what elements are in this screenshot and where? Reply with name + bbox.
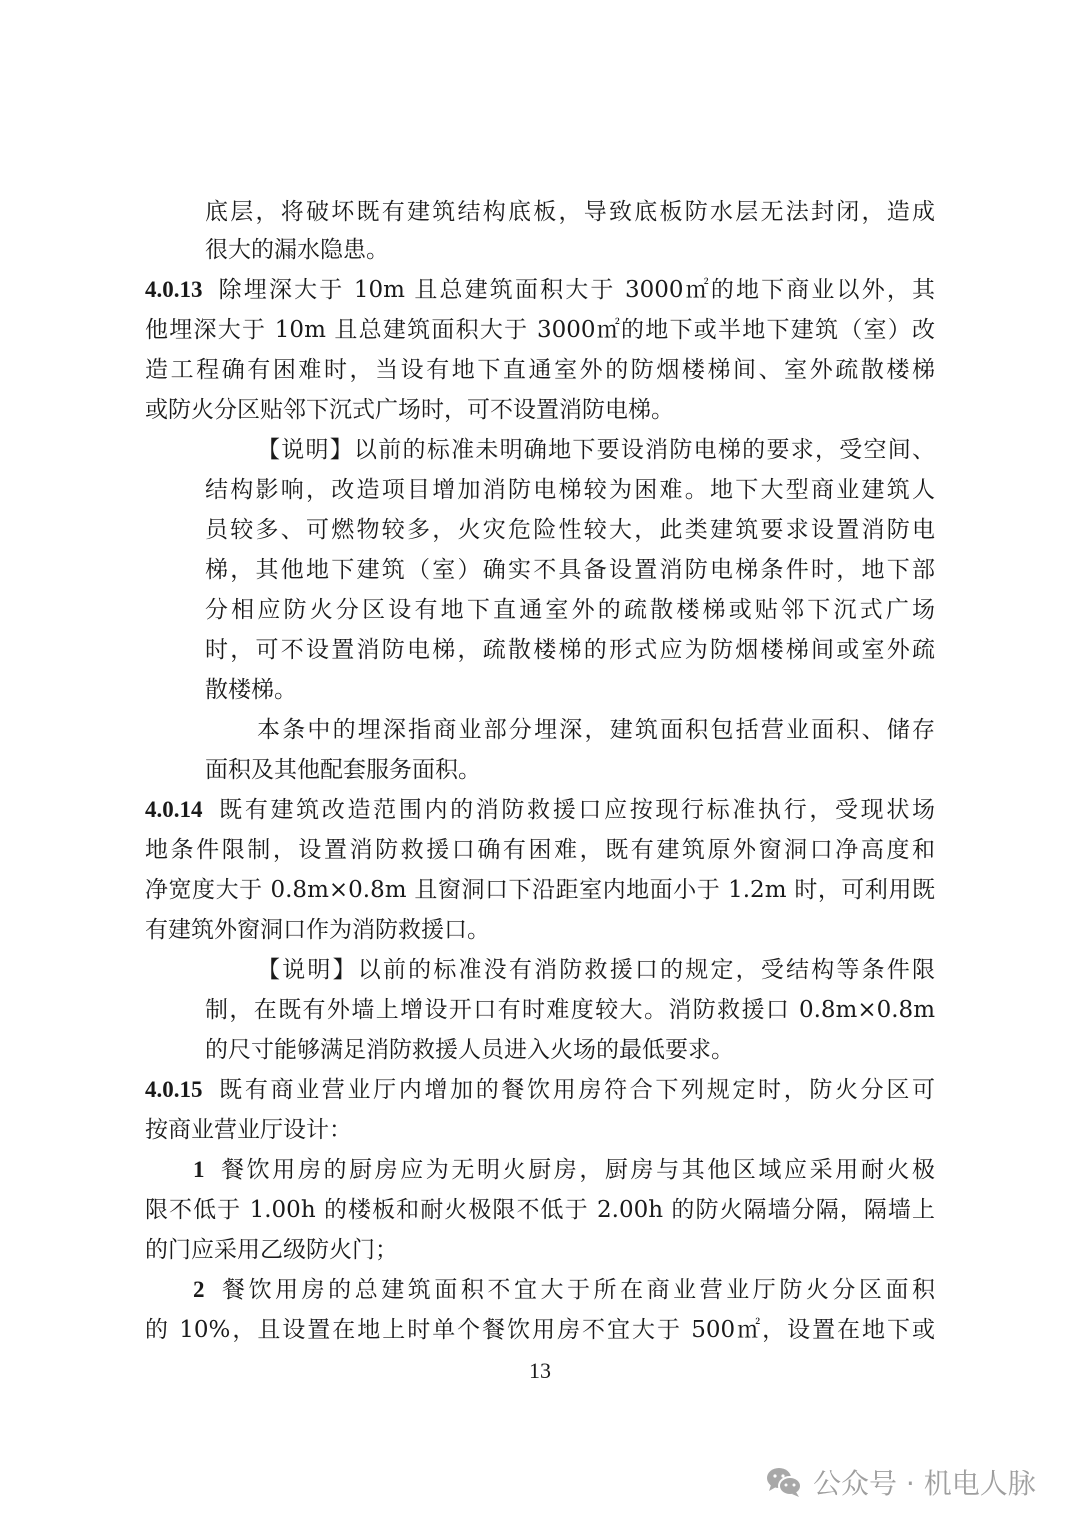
text-line: 造工程确有困难时，当设有地下直通室外的防烟楼梯间、室外疏散楼梯: [145, 350, 935, 390]
clause-number: 4.0.15: [145, 1077, 203, 1102]
item-text: 餐饮用房的总建筑面积不宜大于所在商业营业厅防火分区面积: [219, 1277, 936, 1303]
text-line: 很大的漏水隐患。: [205, 230, 935, 270]
text-line: 净宽度大于 0.8m×0.8m 且窗洞口下沿距室内地面小于 1.2m 时，可利用…: [145, 870, 935, 910]
item-2: 2餐饮用房的总建筑面积不宜大于所在商业营业厅防火分区面积: [193, 1270, 935, 1310]
item-number: 1: [193, 1157, 205, 1182]
watermark: 公众号 · 机电人脉: [765, 1462, 1036, 1502]
note-line: 时，可不设置消防电梯，疏散楼梯的形式应为防烟楼梯间或室外疏: [205, 630, 935, 670]
clause-text: 除埋深大于 10m 且总建筑面积大于 3000㎡的地下商业以外，其: [217, 277, 936, 303]
note-line: 【说明】以前的标准未明确地下要设消防电梯的要求，受空间、: [257, 430, 935, 470]
item-text: 餐饮用房的厨房应为无明火厨房，厨房与其他区域应采用耐火极: [219, 1157, 936, 1183]
text-line: 的门应采用乙级防火门；: [145, 1230, 935, 1270]
note-line: 散楼梯。: [205, 670, 935, 710]
note-line: 的尺寸能够满足消防救援人员进入火场的最低要求。: [205, 1030, 935, 1070]
text-line: 限不低于 1.00h 的楼板和耐火极限不低于 2.00h 的防火隔墙分隔，隔墙上: [145, 1190, 935, 1230]
note-line: 员较多、可燃物较多，火灾危险性较大，此类建筑要求设置消防电: [205, 510, 935, 550]
note-line: 本条中的埋深指商业部分埋深，建筑面积包括营业面积、储存: [257, 710, 935, 750]
clause-4-0-14: 4.0.14既有建筑改造范围内的消防救援口应按现行标准执行，受现状场: [145, 790, 935, 830]
text-line: 他埋深大于 10m 且总建筑面积大于 3000㎡的地下或半地下建筑（室）改: [145, 310, 935, 350]
text-line: 按商业营业厅设计：: [145, 1110, 935, 1150]
clause-4-0-13: 4.0.13除埋深大于 10m 且总建筑面积大于 3000㎡的地下商业以外，其: [145, 270, 935, 310]
note-line: 面积及其他配套服务面积。: [205, 750, 935, 790]
note-line: 分相应防火分区设有地下直通室外的疏散楼梯或贴邻下沉式广场: [205, 590, 935, 630]
text-line: 底层，将破坏既有建筑结构底板，导致底板防水层无法封闭，造成: [205, 192, 935, 232]
clause-number: 4.0.14: [145, 797, 203, 822]
item-1: 1餐饮用房的厨房应为无明火厨房，厨房与其他区域应采用耐火极: [193, 1150, 935, 1190]
text-line: 地条件限制，设置消防救援口确有困难，既有建筑原外窗洞口净高度和: [145, 830, 935, 870]
note-line: 【说明】以前的标准没有消防救援口的规定，受结构等条件限: [257, 950, 935, 990]
wechat-icon: [765, 1466, 803, 1498]
document-page: 底层，将破坏既有建筑结构底板，导致底板防水层无法封闭，造成 很大的漏水隐患。 4…: [0, 0, 1080, 1528]
clause-number: 4.0.13: [145, 277, 203, 302]
note-line: 梯，其他地下建筑（室）确实不具备设置消防电梯条件时，地下部: [205, 550, 935, 590]
clause-text: 既有建筑改造范围内的消防救援口应按现行标准执行，受现状场: [217, 797, 936, 823]
note-line: 结构影响，改造项目增加消防电梯较为困难。地下大型商业建筑人: [205, 470, 935, 510]
page-number: 13: [0, 1358, 1080, 1384]
text-line: 的 10%，且设置在地上时单个餐饮用房不宜大于 500㎡，设置在地下或: [145, 1310, 935, 1350]
item-number: 2: [193, 1277, 205, 1302]
text-line: 或防火分区贴邻下沉式广场时，可不设置消防电梯。: [145, 390, 935, 430]
note-line: 制，在既有外墙上增设开口有时难度较大。消防救援口 0.8m×0.8m: [205, 990, 935, 1030]
text-line: 有建筑外窗洞口作为消防救援口。: [145, 910, 935, 950]
clause-4-0-15: 4.0.15既有商业营业厅内增加的餐饮用房符合下列规定时，防火分区可: [145, 1070, 935, 1110]
clause-text: 既有商业营业厅内增加的餐饮用房符合下列规定时，防火分区可: [217, 1077, 936, 1103]
watermark-text: 公众号 · 机电人脉: [813, 1462, 1036, 1502]
